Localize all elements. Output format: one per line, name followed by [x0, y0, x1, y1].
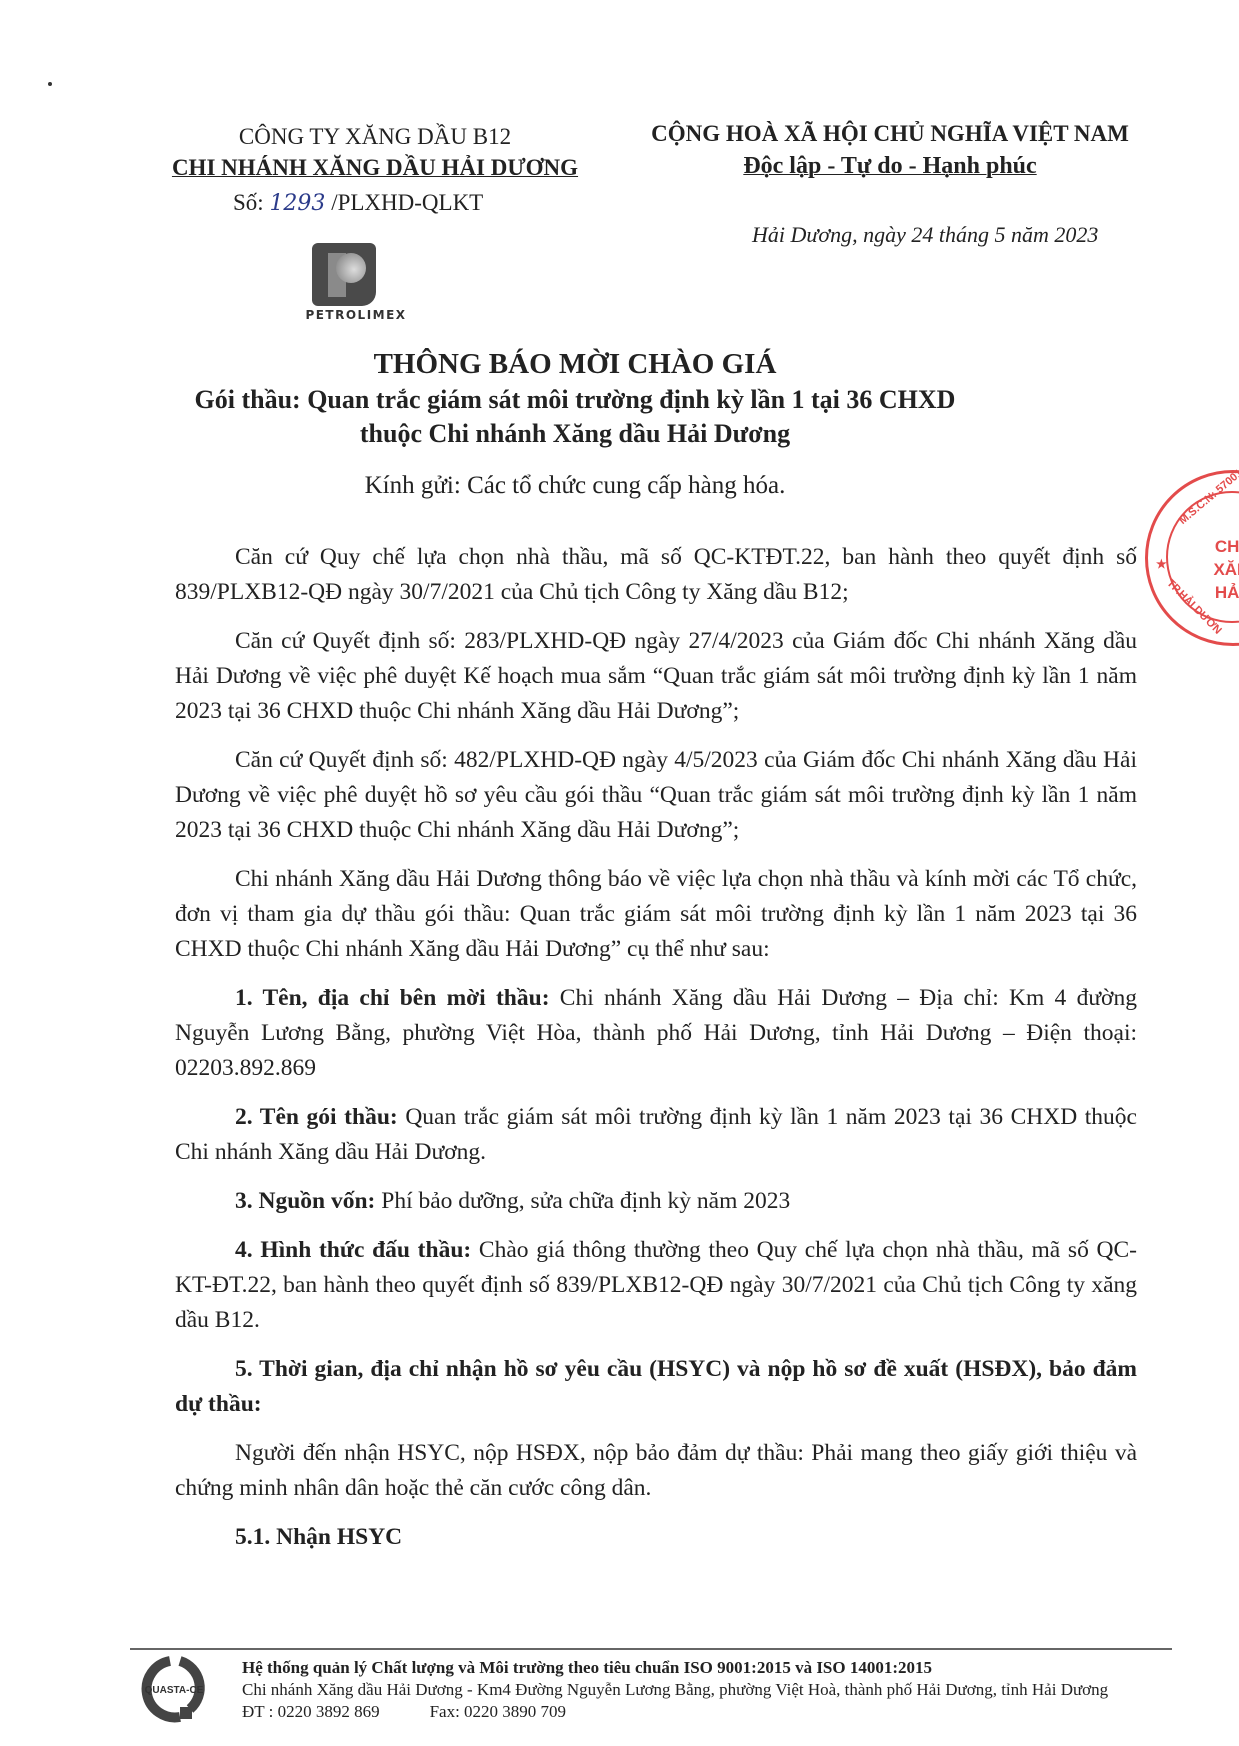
branch-name: CHI NHÁNH XĂNG DẦU HẢI DƯƠNG	[150, 152, 600, 184]
footer-contact: ĐT : 0220 3892 869Fax: 0220 3890 709	[242, 1701, 1108, 1723]
doc-body: Căn cứ Quy chế lựa chọn nhà thầu, mã số …	[175, 540, 1137, 1569]
footer: Hệ thống quản lý Chất lượng và Môi trườn…	[242, 1657, 1108, 1723]
motto: Độc lập - Tự do - Hạnh phúc	[640, 150, 1140, 182]
footer-address: Chi nhánh Xăng dầu Hải Dương - Km4 Đường…	[242, 1679, 1108, 1701]
footer-iso: Hệ thống quản lý Chất lượng và Môi trườn…	[242, 1657, 1108, 1679]
section-5-1: 5.1. Nhận HSYC	[175, 1520, 1137, 1555]
section-5-text: Người đến nhận HSYC, nộp HSĐX, nộp bảo đ…	[175, 1436, 1137, 1506]
red-stamp: M.S.C.N: 5700101 TP.HẢI DƯƠN ★ CHI N XĂN…	[1145, 470, 1239, 646]
title-main: THÔNG BÁO MỜI CHÀO GIÁ	[150, 345, 1000, 383]
handwritten-number: 1293	[269, 191, 325, 216]
section-4: 4. Hình thức đấu thầu: Chào giá thông th…	[175, 1233, 1137, 1338]
section-5: 5. Thời gian, địa chỉ nhận hồ sơ yêu cầu…	[175, 1352, 1137, 1422]
title-sub2: thuộc Chi nhánh Xăng dầu Hải Dương	[150, 417, 1000, 451]
title-sub1: Gói thầu: Quan trắc giám sát môi trường …	[150, 383, 1000, 417]
header-left: CÔNG TY XĂNG DẦU B12 CHI NHÁNH XĂNG DẦU …	[150, 122, 600, 184]
star-icon: ★	[1156, 557, 1167, 571]
doc-date: Hải Dương, ngày 24 tháng 5 năm 2023	[752, 222, 1098, 248]
doc-title: THÔNG BÁO MỜI CHÀO GIÁ Gói thầu: Quan tr…	[150, 345, 1000, 451]
paragraph: Căn cứ Quyết định số: 482/PLXHD-QĐ ngày …	[175, 743, 1137, 848]
footer-divider	[130, 1648, 1172, 1650]
paragraph: Chi nhánh Xăng dầu Hải Dương thông báo v…	[175, 862, 1137, 967]
company-name: CÔNG TY XĂNG DẦU B12	[150, 122, 600, 152]
logo-text: PETROLIMEX	[291, 308, 421, 322]
paragraph: Căn cứ Quy chế lựa chọn nhà thầu, mã số …	[175, 540, 1137, 610]
nation-title: CỘNG HOÀ XÃ HỘI CHỦ NGHĨA VIỆT NAM	[640, 118, 1140, 150]
section-1: 1. Tên, địa chỉ bên mời thầu: Chi nhánh …	[175, 981, 1137, 1086]
section-3: 3. Nguồn vốn: Phí bảo dưỡng, sửa chữa đị…	[175, 1184, 1137, 1219]
scan-speck	[48, 82, 52, 86]
quasta-logo-icon: QUASTA-CE	[140, 1655, 208, 1723]
header-right: CỘNG HOÀ XÃ HỘI CHỦ NGHĨA VIỆT NAM Độc l…	[640, 118, 1140, 182]
paragraph: Căn cứ Quyết định số: 283/PLXHD-QĐ ngày …	[175, 624, 1137, 729]
petrolimex-logo-icon	[312, 243, 376, 306]
svg-text:QUASTA-CE: QUASTA-CE	[145, 1685, 204, 1696]
salutation: Kính gửi: Các tổ chức cung cấp hàng hóa.	[150, 472, 1000, 500]
doc-number: Số: 1293 /PLXHD-QLKT	[233, 190, 483, 216]
section-2: 2. Tên gói thầu: Quan trắc giám sát môi …	[175, 1100, 1137, 1170]
